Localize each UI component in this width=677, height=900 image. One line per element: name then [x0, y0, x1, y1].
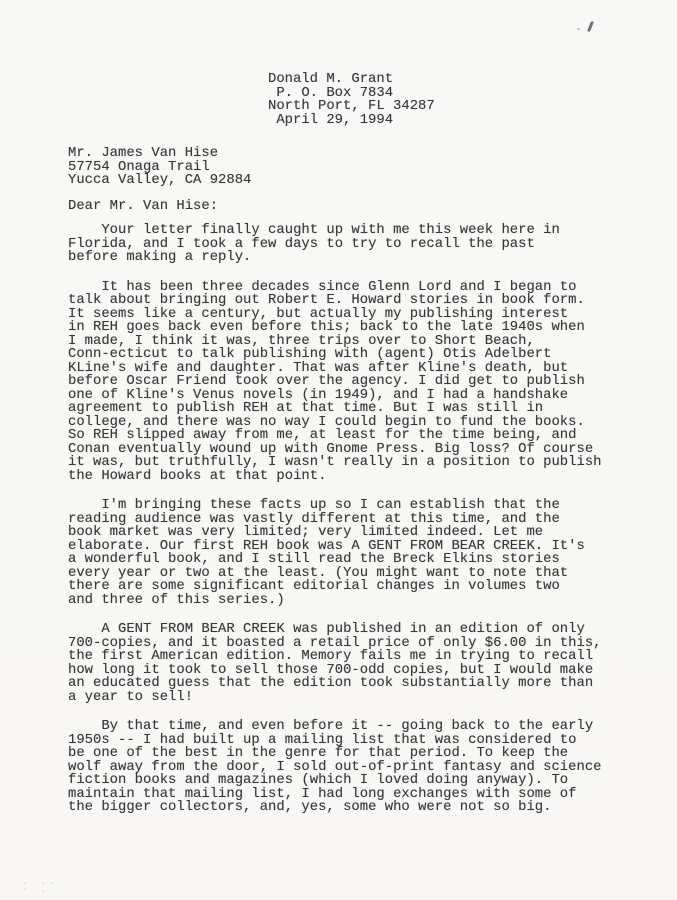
recipient-address-block: Mr. James Van Hise 57754 Onaga Trail Yuc… [68, 147, 648, 188]
letter-body: Donald M. Grant P. O. Box 7834 North Por… [68, 73, 648, 831]
pen-dot-mark [577, 28, 580, 30]
salutation-line: Dear Mr. Van Hise: [68, 200, 648, 214]
paragraph-4: A GENT FROM BEAR CREEK was published in … [68, 623, 648, 704]
pen-tick-mark [587, 21, 594, 32]
paragraph-3: I'm bringing these facts up so I can est… [68, 499, 648, 607]
paragraph-5: By that time, and even before it -- goin… [68, 720, 648, 815]
paragraph-2: It has been three decades since Glenn Lo… [68, 281, 648, 484]
sender-address-block: Donald M. Grant P. O. Box 7834 North Por… [268, 73, 648, 127]
paragraph-1: Your letter finally caught up with me th… [68, 224, 648, 265]
scanned-letter-page: Donald M. Grant P. O. Box 7834 North Por… [0, 0, 677, 900]
photocopy-smudge: . .. · . [22, 879, 58, 895]
